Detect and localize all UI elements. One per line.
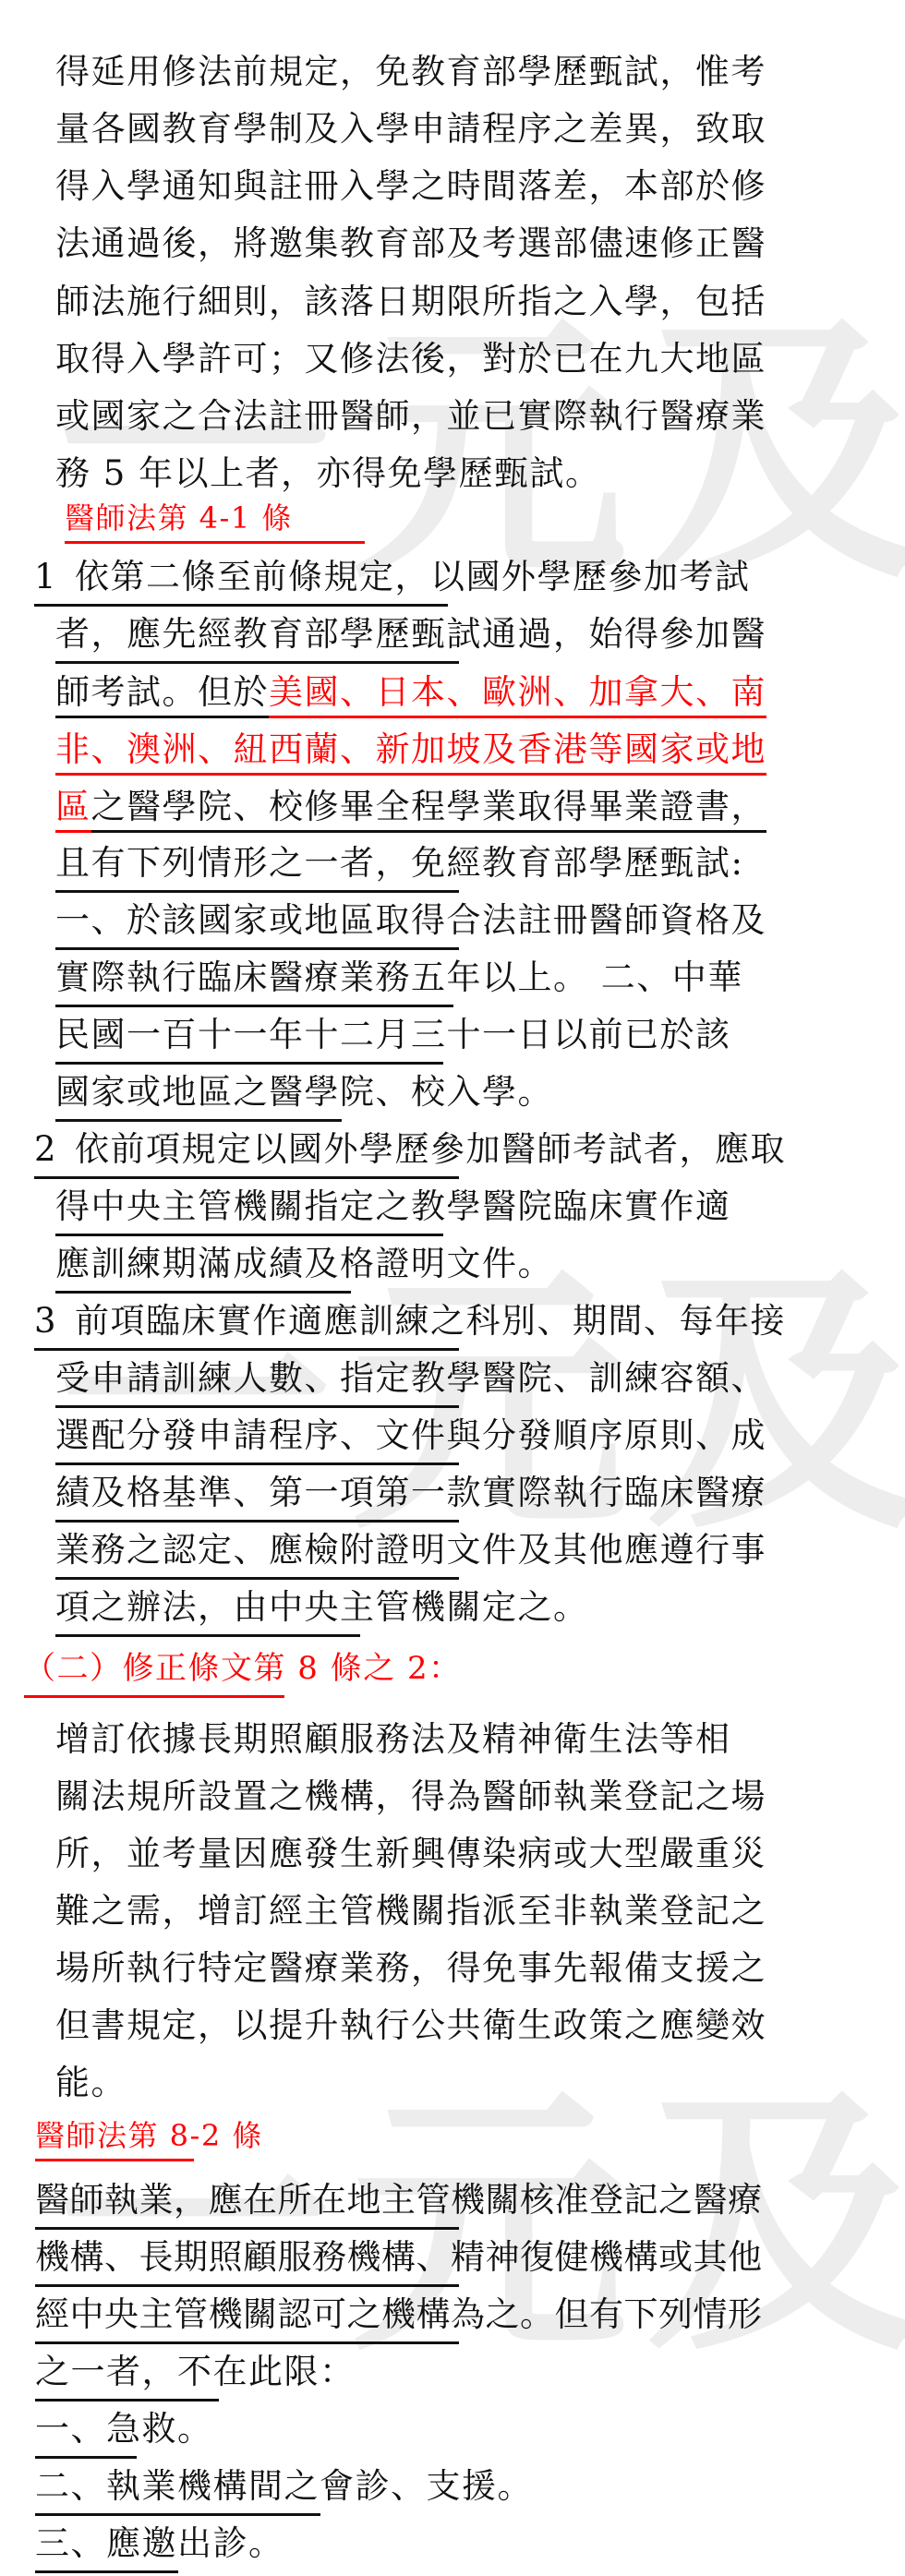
exception-item: 一、急救。 (35, 2404, 137, 2459)
section-2-line: 能。 (55, 2057, 127, 2109)
clause-line: 3前項臨床實作適應訓練之科別、期間、每年接 (34, 1296, 459, 1351)
intro-line: 法通過後，將邀集教育部及考選部儘速修正醫 (55, 218, 766, 270)
article-8-2-heading: 醫師法第 8-2 條 (35, 2114, 194, 2161)
clause-number: 3 (34, 1296, 75, 1346)
section-2-line: 增訂依據長期照顧服務法及精神衛生法等相 (55, 1714, 731, 1765)
clause-text: 依第二條至前條規定，以國外學歷參加考試 (75, 557, 751, 596)
section-2-line: 難之需，增訂經主管機關指派至非執業登記之 (55, 1885, 766, 1937)
clause-line: 應訓練期滿成績及格證明文件。 (55, 1239, 351, 1294)
exception-item: 二、執業機構間之會診、支援。 (35, 2462, 320, 2516)
section-2-line: 但書規定，以提升執行公共衛生政策之應變效 (55, 2000, 766, 2052)
clause-number: 2 (34, 1125, 75, 1174)
clause-text: 依前項規定以國外學歷參加醫師考試者，應取 (75, 1129, 786, 1169)
clause-number: 1 (34, 552, 75, 602)
clause-text: 之醫學院、校修畢全程學業取得畢業證書， (91, 784, 767, 833)
clause-text: 師考試。但於 (55, 669, 269, 718)
intro-line: 務 5 年以上者，亦得免學歷甄試。 (55, 448, 601, 500)
clause-line: 區之醫學院、校修畢全程學業取得畢業證書， (55, 781, 766, 835)
intro-line: 得延用修法前規定，免教育部學歷甄試，惟考 (55, 46, 766, 98)
section-2-line: 關法規所設置之機構，得為醫師執業登記之場 (55, 1771, 766, 1823)
intro-line: 或國家之合法註冊醫師，並已實際執行醫療業 (55, 391, 766, 442)
clause-line: 受申請訓練人數、指定教學醫院、訓練容額、 (55, 1354, 459, 1408)
clause-text: 前項臨床實作適應訓練之科別、期間、每年接 (75, 1301, 786, 1341)
intro-line: 量各國教育學制及入學申請程序之差異，致取 (55, 103, 766, 155)
country-list-highlight: 非、澳洲、紐西蘭、新加坡及香港等國家或地 (55, 727, 766, 776)
country-list-highlight: 區 (55, 784, 91, 833)
clause-line: 實際執行臨床醫療業務五年以上。 二、中華 (55, 953, 453, 1007)
article-4-1-heading: 醫師法第 4-1 條 (65, 497, 365, 544)
intro-line: 取得入學許可；又修法後，對於已在九大地區 (55, 333, 766, 385)
clause-line: 且有下列情形之一者，免經教育部學歷甄試: (55, 838, 459, 893)
section-2-heading: （二）修正條文第 8 條之 2： (24, 1643, 284, 1698)
intro-line: 師法施行細則，該落日期限所指之入學，包括 (55, 276, 766, 328)
clause-line: 者，應先經教育部學歷甄試通過，始得參加醫 (55, 609, 459, 664)
article-8-2-line: 醫師執業，應在所在地主管機關核准登記之醫療 (35, 2175, 459, 2230)
intro-line: 得入學通知與註冊入學之時間落差，本部於修 (55, 161, 766, 212)
clause-line: 國家或地區之醫學院、校入學。 (55, 1067, 342, 1122)
clause-line: 業務之認定、應檢附證明文件及其他應遵行事 (55, 1525, 459, 1580)
clause-line: 非、澳洲、紐西蘭、新加坡及香港等國家或地 (55, 724, 766, 777)
section-2-line: 場所執行特定醫療業務，得免事先報備支援之 (55, 1943, 766, 1994)
clause-line: 2依前項規定以國外學歷參加醫師考試者，應取 (34, 1125, 459, 1179)
clause-line: 績及格基準、第一項第一款實際執行臨床醫療 (55, 1468, 459, 1523)
clause-line: 1依第二條至前條規定，以國外學歷參加考試 (34, 552, 448, 607)
clause-line: 民國一百十一年十二月三十一日以前已於該 (55, 1010, 443, 1065)
section-2-line: 所，並考量因應發生新興傳染病或大型嚴重災 (55, 1828, 766, 1880)
article-8-2-line: 機構、長期照顧服務機構、精神復健機構或其他 (35, 2233, 459, 2287)
clause-line: 師考試。但於美國、日本、歐洲、加拿大、南 (55, 667, 766, 720)
clause-line: 選配分發申請程序、文件與分發順序原則、成 (55, 1411, 459, 1465)
article-8-2-line: 經中央主管機關認可之機構為之。但有下列情形 (35, 2290, 459, 2344)
clause-line: 得中央主管機關指定之教學醫院臨床實作適 (55, 1182, 443, 1236)
clause-line: 一、於該國家或地區取得合法註冊醫師資格及 (55, 896, 459, 950)
clause-line: 項之辦法，由中央主管機關定之。 (55, 1583, 360, 1637)
article-8-2-line: 之一者，不在此限： (35, 2347, 219, 2401)
exception-item: 三、應邀出診。 (35, 2519, 178, 2573)
country-list-highlight: 美國、日本、歐洲、加拿大、南 (269, 669, 766, 718)
